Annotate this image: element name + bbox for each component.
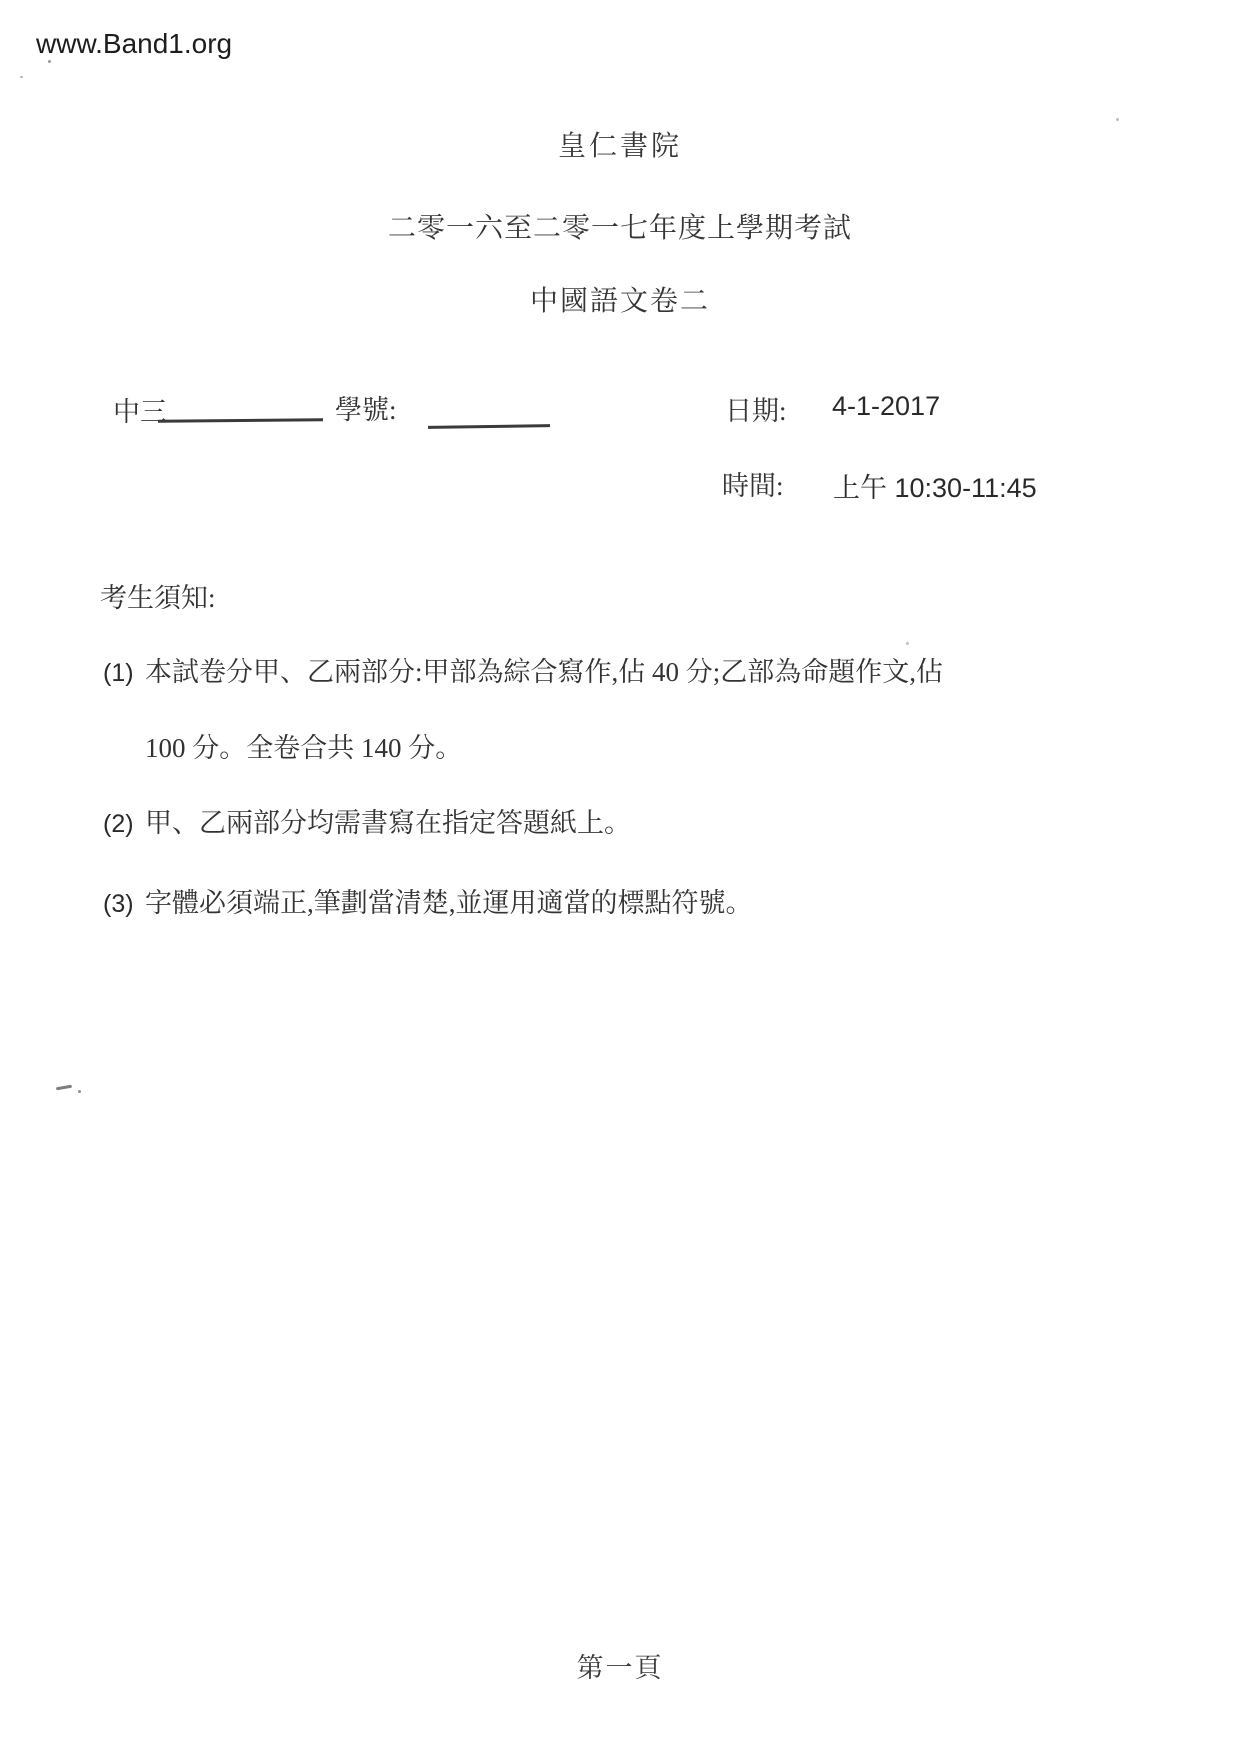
watermark-url: www.Band1.org (36, 28, 232, 60)
scan-artifact-speck (48, 60, 51, 63)
note-item-1-line-1: (1)本試卷分甲、乙兩部分:甲部為綜合寫作,佔 40 分;乙部為命題作文,佔 (103, 650, 943, 689)
note-item-3-text: 字體必須端正,筆劃當清楚,並運用適當的標點符號。 (145, 888, 753, 918)
note-item-1-text-line-1: 本試卷分甲、乙兩部分:甲部為綜合寫作,佔 40 分;乙部為命題作文,佔 (145, 657, 943, 687)
class-label: 中三 (113, 390, 167, 429)
note-item-2: (2)甲、乙兩部分均需書寫在指定答題紙上。 (103, 801, 631, 840)
date-label: 日期: (725, 389, 787, 428)
student-no-label: 學號: (335, 388, 397, 427)
school-name: 皇仁書院 (0, 124, 1240, 164)
paper-title: 中國語文卷二 (0, 279, 1240, 319)
date-value: 4-1-2017 (832, 391, 940, 422)
student-no-blank-line (428, 424, 550, 429)
scan-artifact-speck (906, 642, 909, 645)
scan-artifact-pencil-mark (56, 1085, 72, 1091)
exam-title: 二零一六至二零一七年度上學期考試 (0, 206, 1240, 246)
class-blank-line (158, 418, 323, 422)
scan-artifact-speck (20, 76, 23, 78)
note-item-1-number: (1) (103, 659, 145, 688)
note-item-2-number: (2) (103, 810, 145, 839)
notes-heading: 考生須知: (100, 576, 216, 615)
scan-artifact-speck (1116, 118, 1119, 121)
note-item-2-text: 甲、乙兩部分均需書寫在指定答題紙上。 (145, 808, 631, 838)
note-item-1-line-2: 100 分。全卷合共 140 分。 (145, 726, 462, 765)
time-label: 時間: (722, 464, 784, 503)
exam-paper-page: www.Band1.org 皇仁書院 二零一六至二零一七年度上學期考試 中國語文… (0, 0, 1240, 1754)
note-item-3-number: (3) (103, 890, 145, 919)
scan-artifact-speck (78, 1090, 81, 1093)
time-value: 上午 10:30-11:45 (833, 466, 1037, 505)
note-item-3: (3)字體必須端正,筆劃當清楚,並運用適當的標點符號。 (103, 881, 753, 920)
page-number-footer: 第一頁 (0, 1646, 1240, 1685)
